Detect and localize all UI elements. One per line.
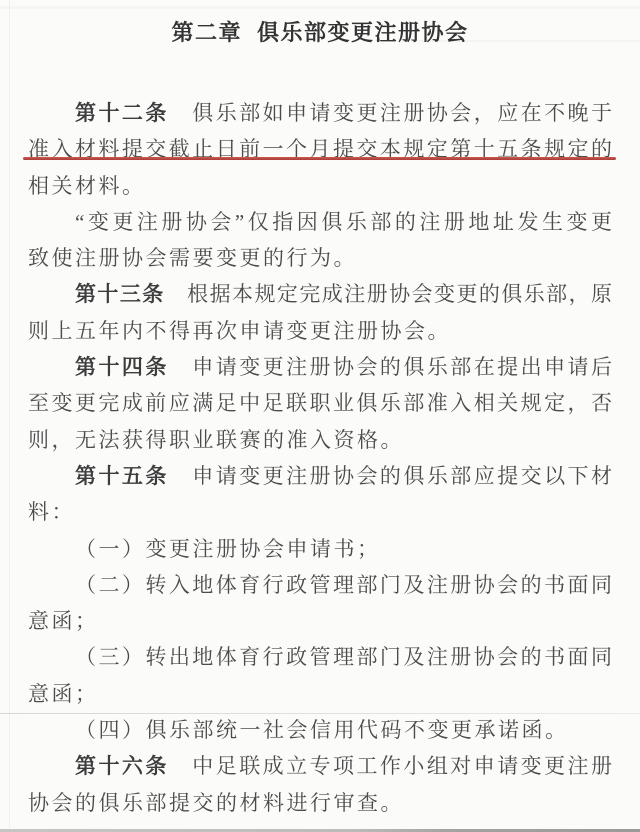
text-line: 致使注册协会需要变更的行为。 xyxy=(28,240,612,276)
article-number: 第十六条 xyxy=(75,754,169,778)
text-line: 相关材料。 xyxy=(28,168,612,204)
line-text: 意函； xyxy=(28,682,99,706)
red-underline xyxy=(23,157,616,161)
line-text: 相关材料。 xyxy=(28,174,146,198)
line-text: 则上五年内不得再次申请变更注册协会。 xyxy=(28,319,451,343)
line-text: 至变更完成前应满足中足联职业俱乐部准入相关规定，否 xyxy=(28,391,612,415)
line-text: 申请变更注册协会的俱乐部应提交以下材 xyxy=(190,464,612,488)
text-line: 第十五条申请变更注册协会的俱乐部应提交以下材 xyxy=(28,458,612,494)
line-text: 中足联成立专项工作小组对申请变更注册 xyxy=(190,754,612,778)
text-line: （二）转入地体育行政管理部门及注册协会的书面同 xyxy=(28,567,612,603)
line-text: 致使注册协会需要变更的行为。 xyxy=(28,246,357,270)
line-text: 意函； xyxy=(28,609,99,633)
line-text: （二）转入地体育行政管理部门及注册协会的书面同 xyxy=(75,573,612,597)
line-text: 申请变更注册协会的俱乐部在提出申请后 xyxy=(190,355,612,379)
line-text: 料： xyxy=(28,500,75,524)
scan-left-edge-line xyxy=(9,0,10,828)
line-text: 根据本规定完成注册协会变更的俱乐部，原 xyxy=(186,282,612,306)
line-text: （四）俱乐部统一社会信用代码不变更承诺函。 xyxy=(75,718,569,742)
document-page: 第二章 俱乐部变更注册协会 第十二条俱乐部如申请变更注册协会，应在不晚于准入材料… xyxy=(0,0,640,832)
scan-streak-top xyxy=(0,6,640,9)
article-number: 第十三条 xyxy=(75,282,165,306)
text-line: 料： xyxy=(28,494,612,530)
text-line: 第十四条申请变更注册协会的俱乐部在提出申请后 xyxy=(28,349,612,385)
article-number: 第十五条 xyxy=(75,464,169,488)
text-line: （四）俱乐部统一社会信用代码不变更承诺函。 xyxy=(28,712,612,748)
text-line: 准入材料提交截止日前一个月提交本规定第十五条规定的 xyxy=(28,131,612,167)
line-text: （一）变更注册协会申请书； xyxy=(75,537,381,561)
text-line: 则，无法获得职业联赛的准入资格。 xyxy=(28,422,612,458)
text-line: “变更注册协会”仅指因俱乐部的注册地址发生变更 xyxy=(28,204,612,240)
line-text: （三）转出地体育行政管理部门及注册协会的书面同 xyxy=(75,645,612,669)
line-text: 俱乐部如申请变更注册协会，应在不晚于 xyxy=(190,101,612,125)
text-line: 第十三条根据本规定完成注册协会变更的俱乐部，原 xyxy=(28,276,612,312)
text-line: 至变更完成前应满足中足联职业俱乐部准入相关规定，否 xyxy=(28,385,612,421)
article-number: 第十二条 xyxy=(75,101,169,125)
text-line: 意函； xyxy=(28,603,612,639)
text-line: （三）转出地体育行政管理部门及注册协会的书面同 xyxy=(28,639,612,675)
text-line: 协会的俱乐部提交的材料进行审查。 xyxy=(28,785,612,821)
text-line: 第十六条中足联成立专项工作小组对申请变更注册 xyxy=(28,748,612,784)
text-line: （一）变更注册协会申请书； xyxy=(28,531,612,567)
text-line: 意函； xyxy=(28,676,612,712)
chapter-title: 第二章 俱乐部变更注册协会 xyxy=(0,18,640,48)
line-text: 则，无法获得职业联赛的准入资格。 xyxy=(28,428,404,452)
line-text: “变更注册协会”仅指因俱乐部的注册地址发生变更 xyxy=(75,210,612,234)
line-text: 协会的俱乐部提交的材料进行审查。 xyxy=(28,791,404,815)
document-body: 第十二条俱乐部如申请变更注册协会，应在不晚于准入材料提交截止日前一个月提交本规定… xyxy=(28,95,612,821)
text-line: 第十二条俱乐部如申请变更注册协会，应在不晚于 xyxy=(28,95,612,131)
article-number: 第十四条 xyxy=(75,355,169,379)
text-line: 则上五年内不得再次申请变更注册协会。 xyxy=(28,313,612,349)
